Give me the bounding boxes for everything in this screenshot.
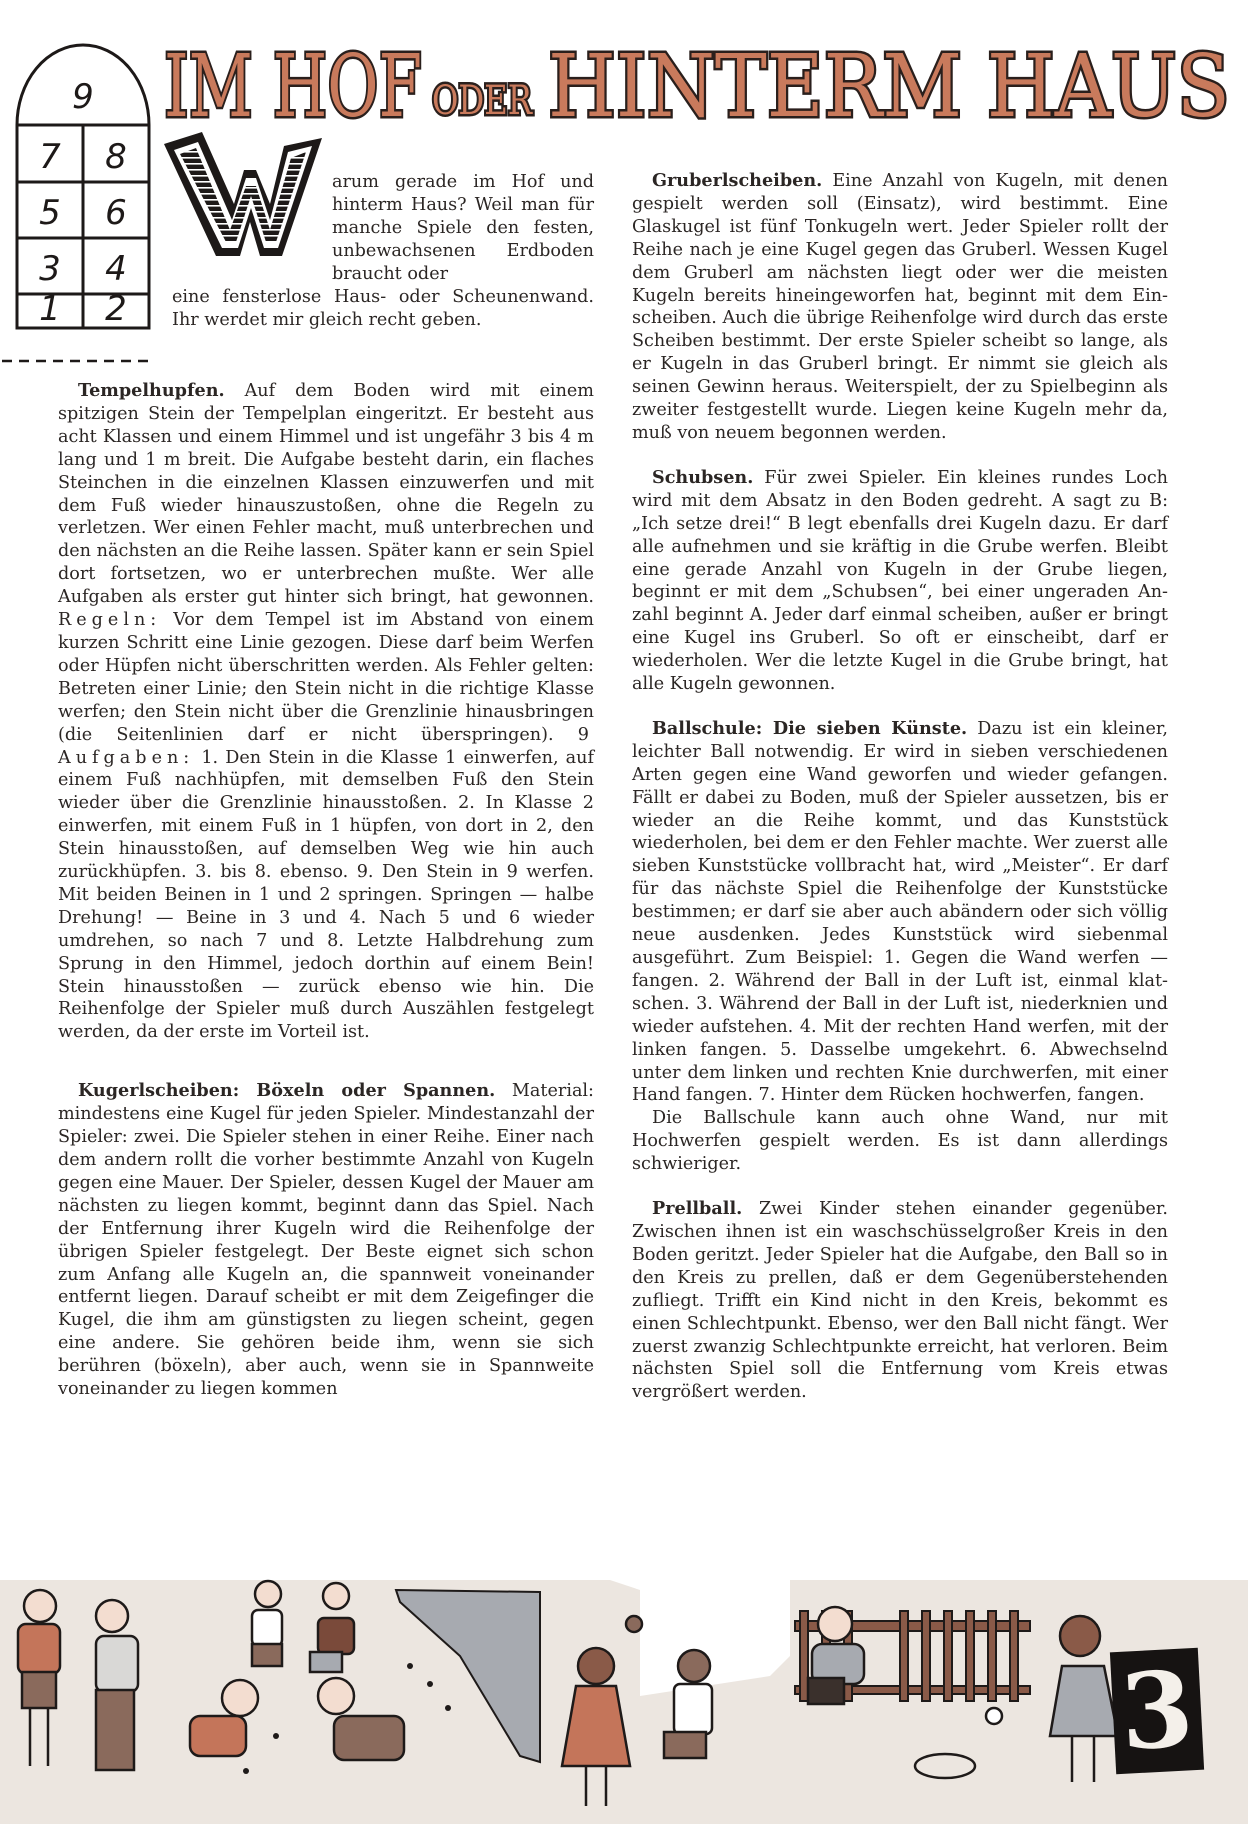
section-heading: Gruberlscheiben.	[652, 170, 822, 191]
svg-text:5: 5	[39, 193, 61, 233]
title-small: ODER	[432, 78, 534, 124]
svg-text:4: 4	[105, 249, 127, 289]
section-tempelhupfen: Tempelhupfen. Auf dem Boden wird mit ein…	[58, 380, 594, 1044]
page-title: IM HOF ODER HINTERM HAUS	[160, 34, 1240, 124]
section-ballschule: Ballschule: Die sieben Künste. Dazu ist …	[632, 718, 1168, 1107]
title-part1: IM HOF	[164, 37, 422, 124]
section-prellball: Prellball. Zwei Kinder stehen einander g…	[632, 1198, 1168, 1404]
svg-text:8: 8	[105, 137, 127, 177]
section-schubsen: Schubsen. Für zwei Spieler. Ein kleines …	[632, 467, 1168, 696]
svg-text:7: 7	[39, 137, 61, 177]
svg-text:1: 1	[39, 289, 61, 329]
section-heading: Prellball.	[652, 1198, 742, 1219]
hopscotch-diagram: 9 7 8 5 6 3 4 1 2	[14, 30, 156, 330]
dashed-line-divider	[2, 358, 154, 364]
svg-text:6: 6	[105, 193, 127, 233]
rules-label: Regeln:	[58, 610, 161, 630]
section-ballschule-note: Die Ballschule kann auch ohne Wand, nur …	[632, 1107, 1168, 1176]
svg-text:2: 2	[105, 289, 127, 329]
page-number: 3	[1110, 1648, 1204, 1774]
section-heading: Tempelhupfen.	[78, 380, 225, 401]
intro-text-after-cap: eine fensterlose Haus- oder Scheunenwand…	[172, 286, 594, 332]
section-kugerlscheiben: Kugerlscheiben: Böxeln oder Spannen. Mat…	[58, 1080, 594, 1401]
section-heading: Kugerlscheiben: Böxeln oder Spannen.	[78, 1080, 495, 1101]
section-gruberlscheiben: Gruberlscheiben. Eine Anzahl von Kugeln,…	[632, 170, 1168, 445]
section-heading: Ballschule: Die sieben Künste.	[652, 718, 967, 739]
intro-text-beside-cap: arum gerade im Hof und hinterm Haus? Wei…	[332, 171, 594, 286]
title-part2: HINTERM HAUS	[548, 37, 1230, 124]
drop-cap-w-icon	[160, 130, 325, 260]
right-column: Gruberlscheiben. Eine Anzahl von Kugeln,…	[632, 170, 1168, 1404]
hop-cell-9: 9	[72, 77, 94, 117]
children-playing-illustration	[0, 1566, 1248, 1824]
svg-text:3: 3	[39, 249, 61, 289]
left-column: Tempelhupfen. Auf dem Boden wird mit ein…	[58, 380, 594, 1401]
hopscotch-grid-icon: 9 7 8 5 6 3 4 1 2	[14, 30, 156, 330]
section-heading: Schubsen.	[652, 467, 753, 488]
